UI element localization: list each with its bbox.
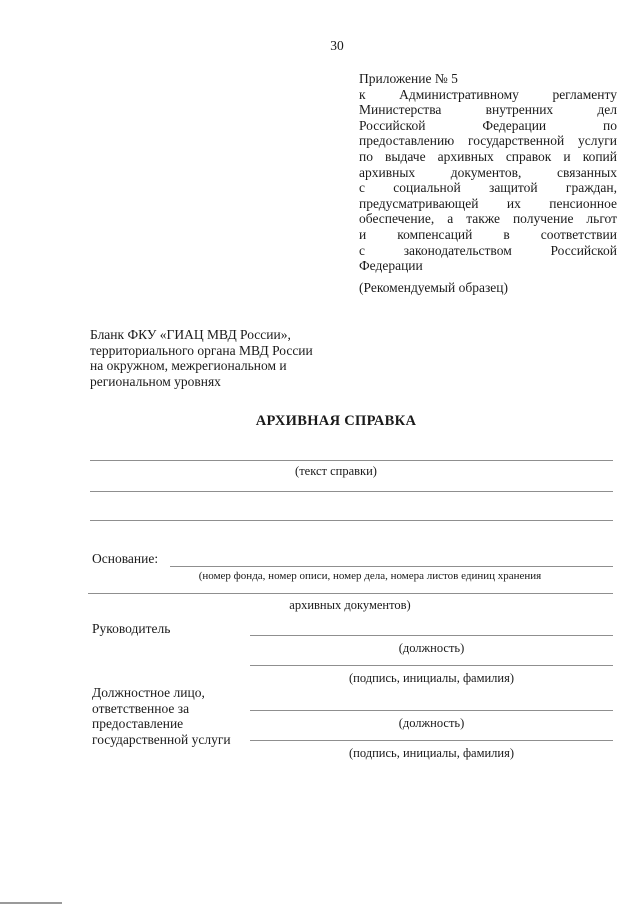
signature-label-head: Руководитель xyxy=(92,621,170,637)
appendix-line: и компенсаций в соответствии xyxy=(359,227,617,243)
blank-line-official-signature xyxy=(250,740,613,741)
appendix-line: с законодательством Российской xyxy=(359,243,617,259)
basis-caption-2: архивных документов) xyxy=(90,598,610,613)
head-position-caption: (должность) xyxy=(250,641,613,656)
basis-label: Основание: xyxy=(92,551,158,567)
letterhead-block: Бланк ФКУ «ГИАЦ МВД России»,территориаль… xyxy=(90,327,380,389)
head-signature-caption: (подпись, инициалы, фамилия) xyxy=(250,671,613,686)
appendix-line: предоставлению государственной услуги xyxy=(359,133,617,149)
document-page: 30 Приложение № 5к Административному рег… xyxy=(0,0,640,905)
signature-label-official: Должностное лицо, ответственное за предо… xyxy=(92,685,260,747)
letterhead-line: на окружном, межрегиональном и xyxy=(90,358,380,374)
blank-line-text-1 xyxy=(90,460,613,461)
blank-line-head-position xyxy=(250,635,613,636)
appendix-line: Федерации xyxy=(359,258,617,274)
official-signature-caption: (подпись, инициалы, фамилия) xyxy=(250,746,613,761)
appendix-block: Приложение № 5к Административному реглам… xyxy=(359,71,617,274)
appendix-line: архивных документов, связанных xyxy=(359,165,617,181)
appendix-line: с социальной защитой граждан, xyxy=(359,180,617,196)
letterhead-line: Бланк ФКУ «ГИАЦ МВД России», xyxy=(90,327,380,343)
appendix-line: по выдаче архивных справок и копий xyxy=(359,149,617,165)
blank-line-basis-1 xyxy=(170,566,613,567)
blank-line-official-position xyxy=(250,710,613,711)
official-position-caption: (должность) xyxy=(250,716,613,731)
page-number: 30 xyxy=(322,38,352,54)
blank-line-basis-2 xyxy=(88,593,613,594)
footnote-separator xyxy=(0,902,62,904)
blank-line-text-2 xyxy=(90,491,613,492)
appendix-line: обеспечение, а также получение льгот xyxy=(359,211,617,227)
letterhead-line: региональном уровнях xyxy=(90,374,380,390)
appendix-line: Российской Федерации по xyxy=(359,118,617,134)
document-title: АРХИВНАЯ СПРАВКА xyxy=(90,413,582,430)
basis-caption-1: (номер фонда, номер описи, номер дела, н… xyxy=(110,570,630,582)
appendix-line: Министерства внутренних дел xyxy=(359,102,617,118)
appendix-line: Приложение № 5 xyxy=(359,71,617,87)
blank-line-text-3 xyxy=(90,520,613,521)
appendix-note: (Рекомендуемый образец) xyxy=(359,280,508,296)
appendix-line: предусматривающей их пенсионное xyxy=(359,196,617,212)
blank-line-head-signature xyxy=(250,665,613,666)
appendix-line: к Административному регламенту xyxy=(359,87,617,103)
text-caption: (текст справки) xyxy=(90,464,582,479)
letterhead-line: территориального органа МВД России xyxy=(90,343,380,359)
